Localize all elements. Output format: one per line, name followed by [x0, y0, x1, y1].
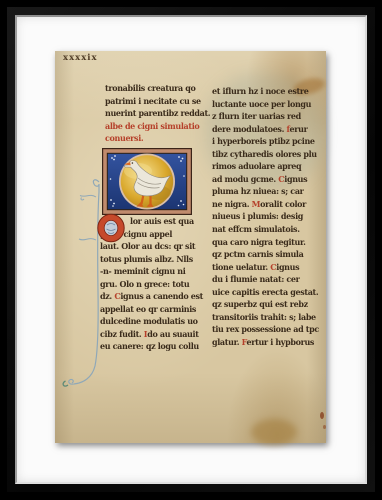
- text-line: eu canere: qz logu collu: [100, 340, 212, 353]
- text-line: tione uelatur. Cignus: [212, 261, 322, 274]
- text-line: dere modulatoes. ferur: [212, 123, 322, 136]
- text-line: qz superbz qui est rebz: [212, 298, 322, 311]
- text-column-2: et iflurn hz i noce estreluctante uoce p…: [212, 85, 322, 348]
- text-line: qz pctm carnis simula: [212, 248, 322, 261]
- text-column-1-upper: tronabilis creatura qopatrimi i necitate…: [105, 82, 209, 145]
- text-line: totus plumis albz. Nlls: [100, 253, 212, 266]
- text-line: gru. Olo n grece: totu: [100, 278, 212, 291]
- folio-number: xxxxix: [63, 53, 98, 63]
- text-column-1-lower: lor auis est quagreci cignu appellaut. O…: [100, 215, 212, 353]
- text-line: transitoriis trahit: s; labe: [212, 311, 322, 324]
- teal-curl: [63, 381, 68, 386]
- text-line: tronabilis creatura qo: [105, 82, 209, 95]
- text-line: i hyperboreis ptibz pcine: [212, 135, 322, 148]
- mat-board: xxxxix tronabilis creatura qopatrimi i n…: [15, 15, 367, 484]
- text-line: nat effcm simulatois.: [212, 223, 322, 236]
- text-line: dulcedine modulatis uo: [100, 315, 212, 328]
- swan-eye: [132, 162, 134, 164]
- text-line: pluma hz niuea: s; car: [212, 185, 322, 198]
- framed-manuscript-photo: xxxxix tronabilis creatura qopatrimi i n…: [0, 0, 382, 500]
- text-line: ad modu gcme. Cignus: [212, 173, 322, 186]
- text-line: du i flumie natat: cer: [212, 273, 322, 286]
- text-line: albe de cigni simulatio: [105, 120, 209, 133]
- text-line: qua caro nigra tegitur.: [212, 236, 322, 249]
- text-line: z flurn iter uarias red: [212, 110, 322, 123]
- text-line: glatur. Fertur i hypborus: [212, 336, 322, 349]
- text-line: conuersi.: [105, 132, 209, 145]
- text-line: ne nigra. Moralit color: [212, 198, 322, 211]
- manuscript-page: xxxxix tronabilis creatura qopatrimi i n…: [55, 51, 326, 443]
- text-line: dz. Cignus a canendo est: [100, 290, 212, 303]
- text-line: luctante uoce per longu: [212, 98, 322, 111]
- text-line: appellat eo qr carminis: [100, 303, 212, 316]
- text-line: uice capitis erecta gestat.: [212, 286, 322, 299]
- text-line: cibz fudit. Ido au suauit: [100, 328, 212, 341]
- stain-bottom: [251, 419, 297, 445]
- text-line: tiu rex possessione ad tpc: [212, 323, 322, 336]
- ink-speck: [320, 412, 324, 419]
- text-line: nuerint parentibz reddat.: [105, 107, 209, 120]
- text-line: -n- meminit cignu ni: [100, 265, 212, 278]
- text-line: patrimi i necitate cu se: [105, 95, 209, 108]
- initial-letter-O: [96, 213, 126, 243]
- picture-frame: xxxxix tronabilis creatura qopatrimi i n…: [7, 7, 375, 492]
- ink-speck: [323, 425, 326, 429]
- text-line: et iflurn hz i noce estre: [212, 85, 322, 98]
- swan-miniature: [102, 148, 192, 215]
- text-line: rimos aduolare apreq: [212, 160, 322, 173]
- text-line: niueus i plumis: desig: [212, 210, 322, 223]
- text-line: tibz cytharedis olores plu: [212, 148, 322, 161]
